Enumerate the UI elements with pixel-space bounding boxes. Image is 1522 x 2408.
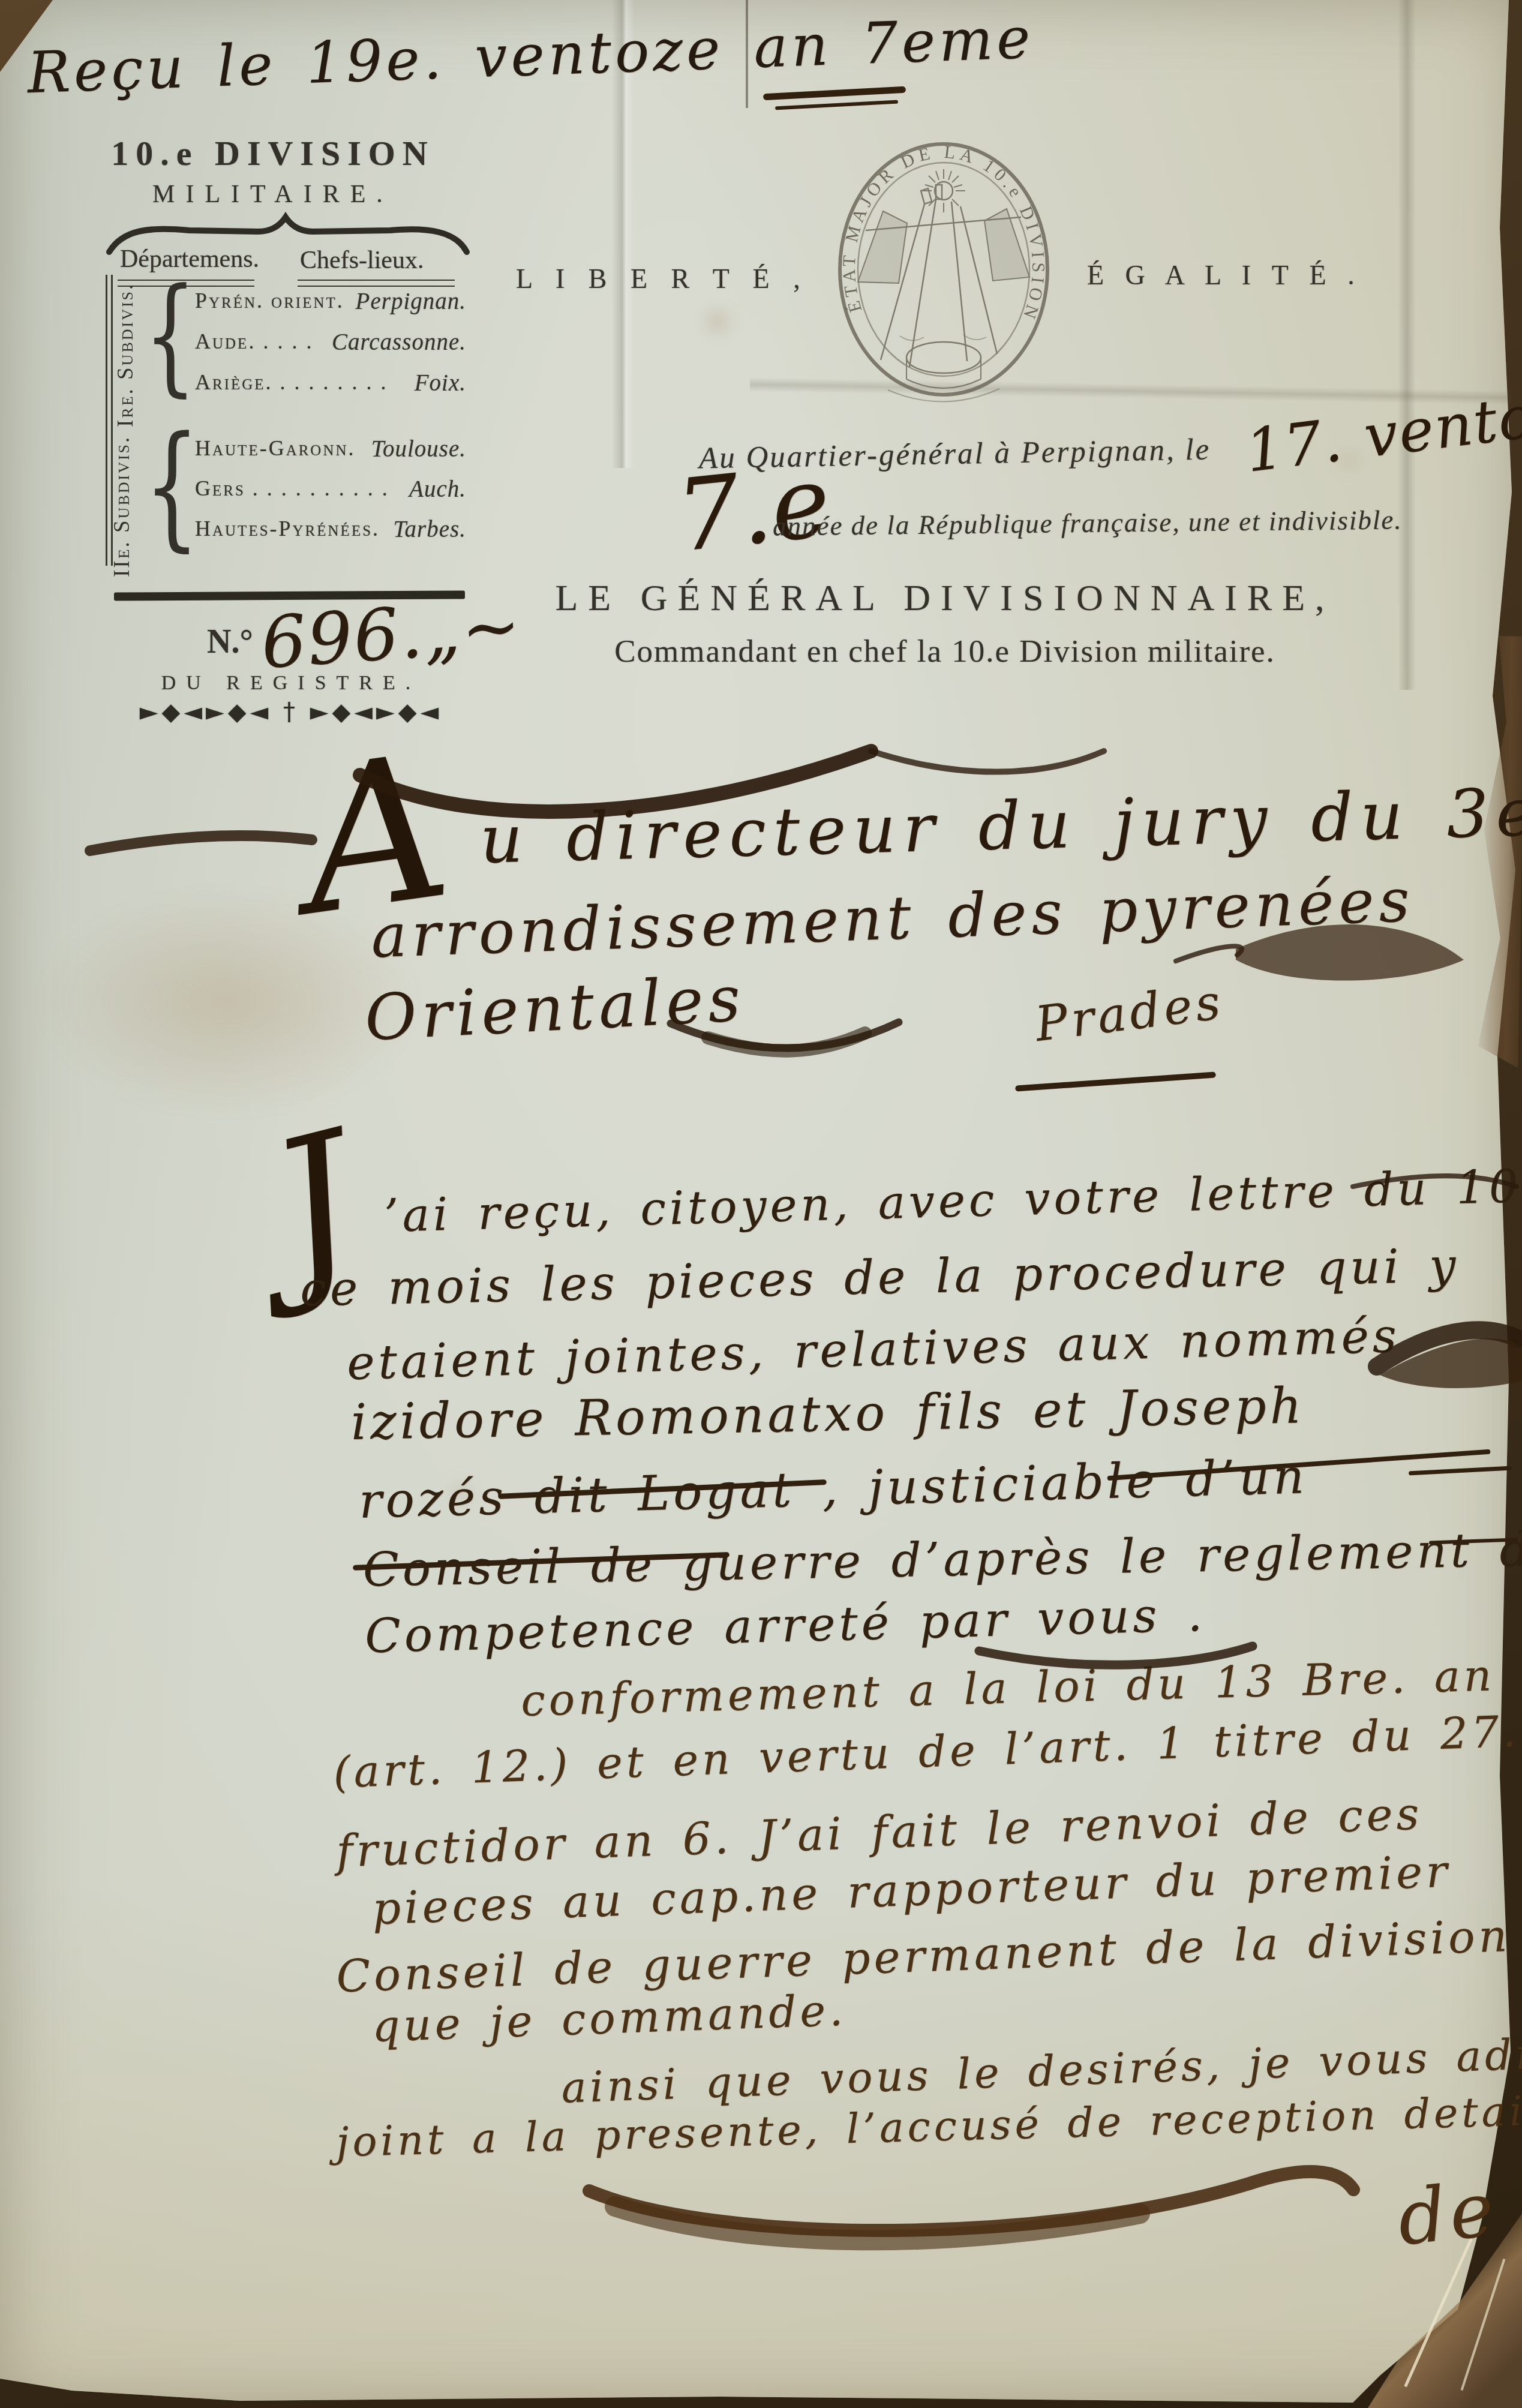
ink-flourishes [0,0,1522,2408]
photographed-document: { "annotation_top": "Reçu le 19e. ventoz… [0,0,1522,2408]
